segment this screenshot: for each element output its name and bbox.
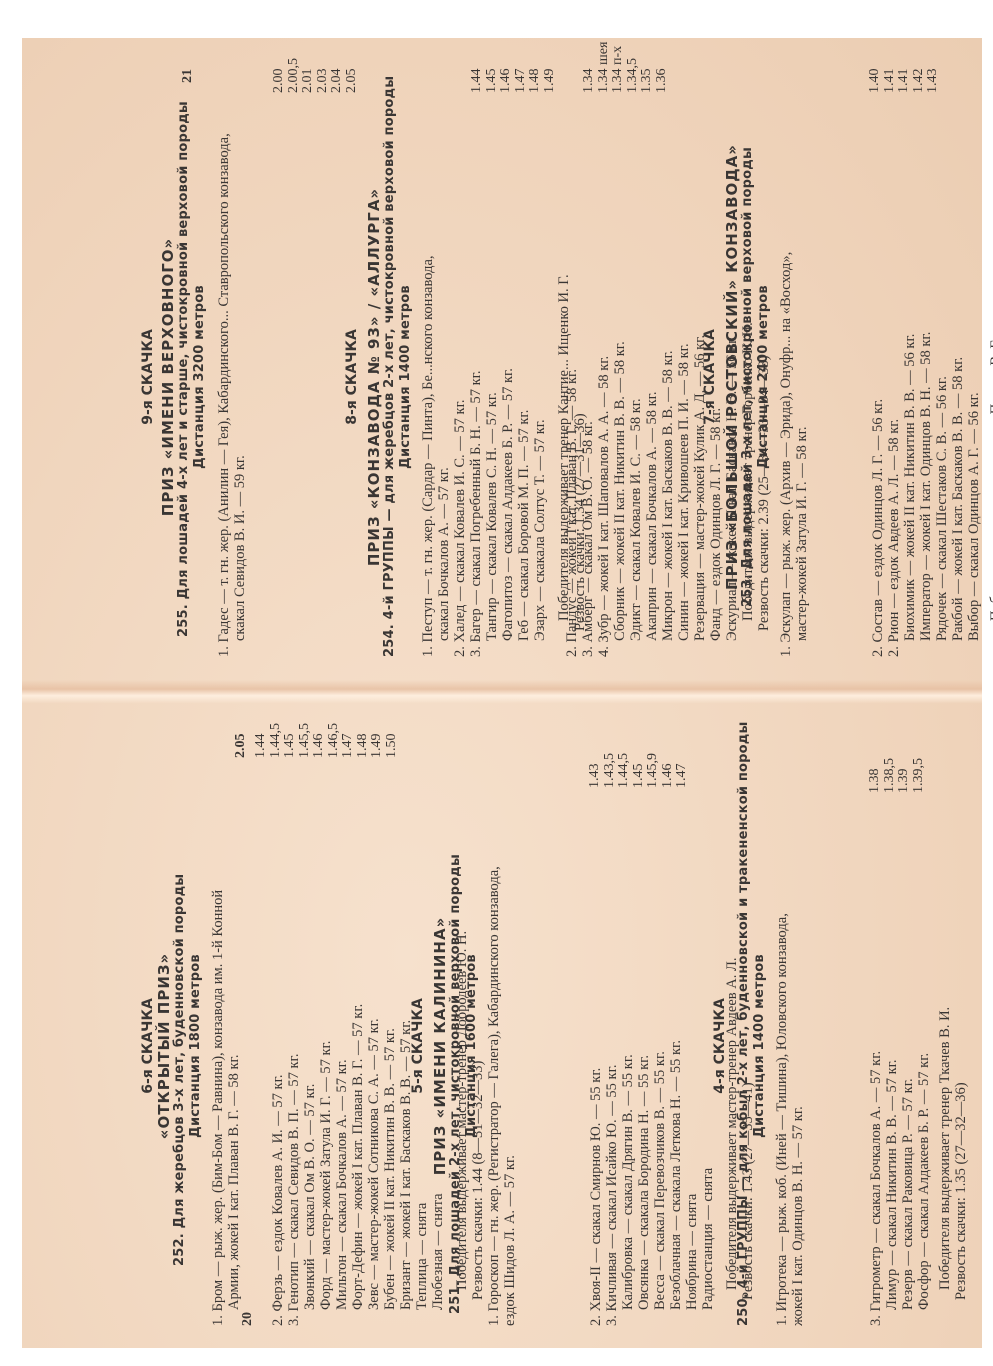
winner-line: ездок Шидов Л. А. — 57 кг.: [502, 706, 518, 1326]
winner-line: 1. Бром — рыж. жер. (Бим-Бом — Равнина),…: [210, 706, 226, 1326]
trainer-line: Победителя выдерживает мастер-тренер Доб…: [454, 806, 470, 1326]
race-distance: Дистанция 3200 метров: [192, 97, 208, 657]
margin-line: Резвость скачки: 1.34 (27—31—36): [572, 57, 588, 657]
margin-line: Резвость скачки: 1.44 (8—31—32—33): [470, 806, 486, 1326]
entry: Весса — скакал Перевозчиков В. — 55 кг.: [652, 806, 668, 1326]
entry: Зевс — мастер-жокей Сотникова С. А. — 57…: [366, 806, 382, 1326]
entry: Сборник — жокей II кат. Никитин В. В. — …: [612, 117, 628, 657]
entry: 2. Состав — ездок Одинцов Л. Г. — 56 кг.: [870, 117, 886, 657]
entry: Звонкий — скакал Ом В. О. — 57 кг.: [302, 806, 318, 1326]
entry: Ракбой — жокей I кат. Баскаков В. В. — 5…: [950, 117, 966, 657]
entry: Форд — мастер-жокей Затула И. Г. — 57 кг…: [318, 806, 334, 1326]
entry: Овсянка — скакала Бородина Н. — 55 кг.: [636, 806, 652, 1326]
entry: Акаприн — скакал Бочкалов А. — 58 кг.: [644, 117, 660, 657]
race-6: 6-я СКАЧКА «ОТКРЫТЫЙ ПРИЗ» 252. Для жере…: [140, 706, 242, 1326]
entry: Выбор — скакал Одинцов А. Г. — 56 кг.: [966, 117, 982, 657]
prize-title: «ОТКРЫТЫЙ ПРИЗ»: [156, 766, 172, 1326]
program-spread: 3. Гигрометр — скакал Бочкалов А. — 57 к…: [0, 0, 993, 1366]
entry: Эскуриал — жокей II кат. Баскаков Н. В. …: [724, 117, 740, 657]
race-distance: Дистанция 1400 метров: [398, 97, 414, 657]
left-block-a: 3. Гигрометр — скакал Бочкалов А. — 57 к…: [868, 806, 969, 1326]
left-page: 3. Гигрометр — скакал Бочкалов А. — 57 к…: [22, 693, 982, 1348]
prize-title: ПРИЗ «ИМЕНИ ВЕРХОВНОГО»: [160, 97, 176, 657]
race-heading: 6-я СКАЧКА: [140, 766, 156, 1326]
entry: Геб — скакал Боровой М. П. — 57 кг.: [516, 57, 532, 657]
entry: Бризант — жокей I кат. Баскаков В. В. — …: [398, 806, 414, 1326]
entry: Фагопитоз — скакал Алдакеев Б. Р. — 57 к…: [500, 57, 516, 657]
race-6-winner-time: 2.05: [234, 734, 249, 759]
entry: 2. Ферзь — ездок Ковалев А. И. — 57 кг.: [270, 806, 286, 1326]
entry: Микрон — жокей I кат. Баскаков В. В. — 5…: [660, 117, 676, 657]
entry: Синин — жокей I кат. Кривошеев П. И. — 5…: [676, 117, 692, 657]
right-page: 2. Состав — ездок Одинцов Л. Г. — 56 кг.…: [22, 38, 982, 693]
winner-line: 1. Гороскоп — гн. жер. (Регистратор — Га…: [486, 706, 502, 1326]
entry: Эдикт — скакал Ковалев И. С. — 58 кг.: [628, 117, 644, 657]
entry: 3. Багер — скакал Погребенный Б. Н. — 57…: [468, 57, 484, 657]
entry: 2. Хвоя-II — скакал Смирнов Ю. — 55 кг.: [588, 806, 604, 1326]
entry: Фосфор — скакал Алдакеев Б. Р. — 57 кг.: [916, 806, 932, 1326]
entry: Безоблачная — скакала Леткова Н. — 55 кг…: [668, 806, 684, 1326]
entry: 3. Генотип — скакал Севидов В. П. — 57 к…: [286, 806, 302, 1326]
right-block-a-times: 1.40 1.41 1.41 1.42 1.43: [868, 69, 941, 94]
entry: Ноябрина — снята: [684, 806, 700, 1326]
winner-line: скакал Севидов В. И. — 59 кг.: [232, 57, 248, 657]
race-7-times: 1.34 1.34 шея 1.34 п-х 1.34,5 1.35 1.36: [582, 42, 669, 93]
entry: Резерв — скакал Раковица Р. — 57 кг.: [900, 806, 916, 1326]
winner-line: 1. Игротека — рыж. коб. (Иней — Тишина),…: [774, 706, 790, 1326]
entry: 3. Гигрометр — скакал Бочкалов А. — 57 к…: [868, 806, 884, 1326]
trainer-line: Победителя выдерживает мастер-тренер Авд…: [724, 806, 740, 1326]
winner-line: Армии, жокей I кат. Плаван В. Г. — 58 кг…: [226, 706, 242, 1326]
entry: Лимур — скакал Никитин В. В. — 57 кг.: [884, 806, 900, 1326]
entry: Мильтон — скакал Бочкалов А. — 57 кг.: [334, 806, 350, 1326]
paper-sheet: 3. Гигрометр — скакал Бочкалов А. — 57 к…: [22, 38, 982, 1348]
page-number: 20: [240, 1312, 256, 1326]
prize-title: ПРИЗ «КОНЗАВОДА № 93» / «АЛЛУРГА»: [366, 97, 382, 657]
trainer-line: Победителя выдерживает тренер Горбенко Н…: [740, 117, 756, 657]
entry: Форт-Дефин — жокей I кат. Плаван В. Г. —…: [350, 806, 366, 1326]
entry: Рядочек — скакал Шестаков С. В. — 56 кг.: [934, 117, 950, 657]
entry: Фанд — ездок Одинцов Л. Г. — 58 кг.: [708, 117, 724, 657]
winner-line: 1. Эскулап — рыж. жер. (Архив — Эрида), …: [778, 57, 794, 657]
race-9-times: 2.00 2.00,5 2.01 2.03 2.04 2.05: [272, 58, 359, 93]
entry: 3. Кичливая — скакал Исайко Ю. — 55 кг.: [604, 806, 620, 1326]
race-heading: 8-я СКАЧКА: [344, 97, 360, 657]
race-distance: Дистанция 1800 метров: [188, 766, 204, 1326]
margin-line: Резвость скачки: 1.43 (27—35—41): [740, 806, 756, 1326]
entry: 2. Рион — ездок Авдеев А. Л. — 58 кг.: [886, 117, 902, 657]
race-5-entries: 2. Ферзь — ездок Ковалев А. И. — 57 кг. …: [270, 806, 486, 1326]
race-heading: 9-я СКАЧКА: [140, 97, 156, 657]
entry: Тангир — скакал Ковалев С. Н. — 57 кг.: [484, 57, 500, 657]
right-block-a: 2. Состав — ездок Одинцов Л. Г. — 56 кг.…: [870, 117, 993, 657]
trainer-line: Победителя выдерживает тренер Ткачев В. …: [937, 806, 953, 1326]
race-5-times: 1.44 1.44,5 1.45 1.45,5 1.46 1.46,5 1.47…: [254, 723, 399, 758]
race-title: 254. 4-й ГРУППЫ — для жеребцов 2-х лет, …: [382, 57, 398, 657]
trainer-line: Победителя выдерживает тренер Кантие... …: [556, 57, 572, 657]
entry: Биохимик — жокей II кат. Никитин В. В. —…: [902, 117, 918, 657]
trainer-line: Победителя выдерживает тренер Плаван В. …: [988, 117, 993, 657]
race-4-times: 1.43 1.43,5 1.44,5 1.45 1.45,9 1.46 1.47: [588, 753, 690, 788]
entry: Резервация — мастер-жокей Кулик А. Д. — …: [692, 117, 708, 657]
winner-line: скакал Бочкалов А. — 57 кг.: [436, 57, 452, 657]
entry: Радиостанция — снята: [700, 806, 716, 1326]
race-8-times: 1.44 1.45 1.46 1.47 1.48 1.49: [470, 69, 557, 94]
margin-line: Резвость скачки: 2.39 (25—34—33—34—33): [756, 117, 772, 657]
left-block-a-times: 1.38 1.38,5 1.39 1.39,5: [868, 758, 926, 793]
page-number: 21: [180, 69, 196, 83]
race-4-entries: 2. Хвоя-II — скакал Смирнов Ю. — 55 кг. …: [588, 806, 756, 1326]
winner-line: 1. Пеступ — т. гн. жер. (Сардар — Пинта)…: [420, 57, 436, 657]
margin-line: Резвость скачки: 1.35 (27—32—36): [953, 806, 969, 1326]
entry: Эзарх — скакала Солтус Т. — 57 кг.: [532, 57, 548, 657]
race-title: 252. Для жеребцов 3-х лет, буденновской …: [172, 706, 188, 1326]
race-9: 9-я СКАЧКА ПРИЗ «ИМЕНИ ВЕРХОВНОГО» 255. …: [140, 57, 248, 657]
race-title: 255. Для лошадей 4-х лет и старше, чисто…: [176, 57, 192, 657]
entry: Бубен — жокей II кат. Никитин В. В. — 57…: [382, 806, 398, 1326]
entry: 2. Халед — скакал Ковалев И. С. — 57 кг.: [452, 57, 468, 657]
race-7-entries: 2. Пандус — жокей I кат. Плаван В. Г. — …: [564, 117, 772, 657]
race-8: 8-я СКАЧКА ПРИЗ «КОНЗАВОДА № 93» / «АЛЛУ…: [344, 57, 588, 657]
winner-line: жокей I кат. Одинцов В. Н. — 57 кг.: [790, 706, 806, 1326]
entry: 4. Зубр — жокей I кат. Шаповалов А. А. —…: [596, 117, 612, 657]
winner-line: мастер-жокей Затула И. Г. — 58 кг.: [794, 57, 810, 657]
entry: Император — жокей I кат. Одинцов В. Н. —…: [918, 117, 934, 657]
entry: Калибровка — скакал Дрягин В. — 55 кг.: [620, 806, 636, 1326]
winner-line: 1. Гадес — т. гн. жер. (Анилин — Гея), К…: [216, 57, 232, 657]
entry: Теплица — снята: [414, 806, 430, 1326]
entry: Любезная — снята: [430, 806, 446, 1326]
